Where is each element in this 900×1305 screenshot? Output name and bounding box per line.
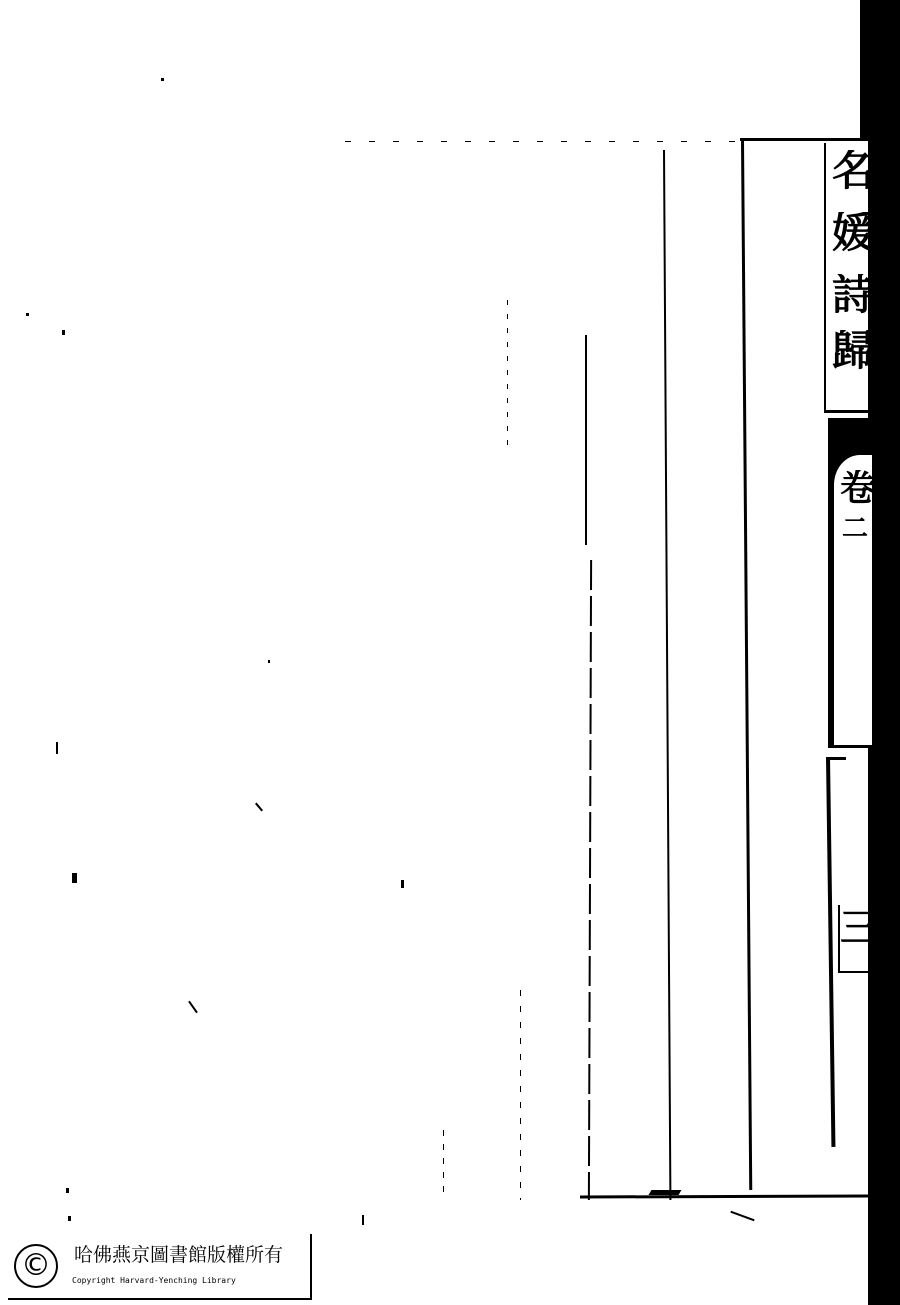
scan-speck bbox=[268, 660, 270, 663]
title-slip-bottom-line bbox=[826, 410, 870, 413]
scan-speck bbox=[68, 1216, 71, 1221]
page-number: 三 bbox=[840, 908, 874, 948]
scan-speck bbox=[161, 78, 164, 81]
scan-speck bbox=[362, 1215, 364, 1225]
scan-speck bbox=[72, 873, 77, 883]
scan-speck bbox=[188, 1001, 198, 1014]
bottom-border-line bbox=[580, 1194, 870, 1198]
scan-speck bbox=[401, 880, 404, 888]
juan-number: 二 bbox=[842, 516, 872, 542]
scan-speck bbox=[62, 330, 65, 335]
copyright-chinese-text: 哈佛燕京圖書館版權所有 bbox=[74, 1240, 283, 1267]
column-rule bbox=[663, 150, 671, 1200]
scan-speck bbox=[730, 1211, 754, 1221]
title-char: 詩 bbox=[832, 274, 872, 316]
title-char: 歸 bbox=[832, 330, 872, 372]
juan-char: 卷 bbox=[840, 470, 872, 506]
title-char: 名 bbox=[832, 150, 872, 192]
frame-top-line bbox=[740, 138, 868, 141]
bottom-border-shadow bbox=[649, 1190, 682, 1195]
center-fold-line bbox=[826, 757, 846, 760]
title-char: 媛 bbox=[832, 212, 872, 254]
column-rule bbox=[585, 335, 587, 545]
column-rule bbox=[520, 990, 521, 1200]
top-border-line bbox=[345, 141, 740, 142]
copyright-symbol-icon: © bbox=[14, 1244, 58, 1288]
title-slip-left-line bbox=[824, 143, 826, 413]
scan-speck bbox=[26, 313, 29, 316]
copyright-notice: © 哈佛燕京圖書館版權所有 Copyright Harvard-Yenching… bbox=[8, 1234, 312, 1300]
column-rule bbox=[507, 300, 508, 450]
scan-speck bbox=[255, 803, 263, 812]
scan-speck bbox=[56, 742, 58, 754]
center-fold-line bbox=[826, 757, 835, 1147]
column-rule bbox=[588, 560, 592, 1200]
scan-speck bbox=[66, 1188, 69, 1193]
scanned-page: 名 媛 詩 歸 卷 二 三 © 哈佛燕京圖書館版權所有 Copyright Ha… bbox=[0, 0, 900, 1305]
book-spine-edge bbox=[868, 0, 900, 1305]
column-rule bbox=[443, 1130, 444, 1200]
copyright-english-text: Copyright Harvard-Yenching Library bbox=[72, 1276, 236, 1285]
column-rule bbox=[741, 140, 752, 1190]
